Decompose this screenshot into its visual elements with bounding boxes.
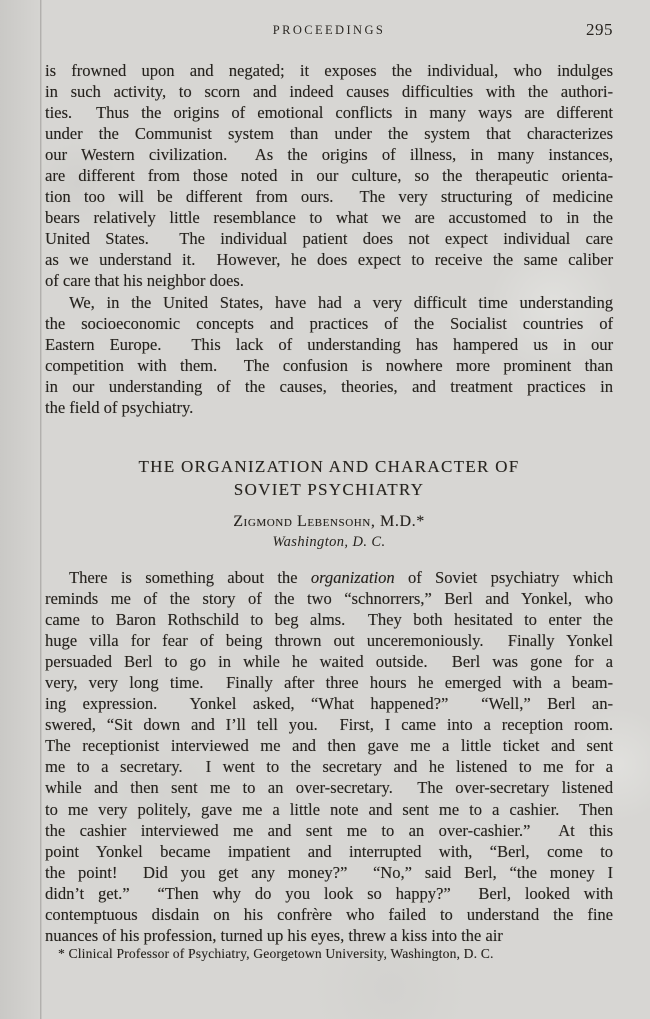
body-text-line: competition with them. The confusion is … — [45, 355, 613, 376]
page-number: 295 — [586, 20, 613, 40]
body-text-line: the cashier interviewed me and sent me t… — [45, 820, 613, 841]
body-text-line: as we understand it. However, he does ex… — [45, 249, 613, 270]
body-text-line: in such activity, to scorn and indeed ca… — [45, 81, 613, 102]
running-head: PROCEEDINGS 295 — [45, 23, 613, 43]
article-title: THE ORGANIZATION AND CHARACTER OF SOVIET… — [45, 455, 613, 501]
body-text-line: under the Communist system than under th… — [45, 123, 613, 144]
body-text-line: the point! Did you get any money?” “No,”… — [45, 862, 613, 883]
body-text-line: huge villa for fear of being thrown out … — [45, 630, 613, 651]
article-title-line2: SOVIET PSYCHIATRY — [45, 478, 613, 501]
body-text-line: point Yonkel became impatient and interr… — [45, 841, 613, 862]
body-text-line: There is something about the organizatio… — [45, 567, 613, 588]
body-text-line: ing expression. Yonkel asked, “What happ… — [45, 693, 613, 714]
article-body-column: There is something about the organizatio… — [45, 567, 613, 946]
footnote: * Clinical Professor of Psychiatry, Geor… — [45, 946, 613, 962]
body-text-line: came to Baron Rothschild to beg alms. Th… — [45, 609, 613, 630]
binding-crease-line — [40, 0, 42, 1019]
body-text-line: the socioeconomic concepts and practices… — [45, 313, 613, 334]
body-text-line: We, in the United States, have had a ver… — [45, 292, 613, 313]
body-text-line: to me very politely, gave me a little no… — [45, 799, 613, 820]
article-title-line1: THE ORGANIZATION AND CHARACTER OF — [45, 455, 613, 478]
body-text-line: is frowned upon and negated; it exposes … — [45, 60, 613, 81]
body-text-line: while and then sent me to an over-secret… — [45, 777, 613, 798]
body-text-line: didn’t get.” “Then why do you look so ha… — [45, 883, 613, 904]
article-author-location: Washington, D. C. — [45, 534, 613, 551]
body-text-line: contemptuous disdain on his confrère who… — [45, 904, 613, 925]
body-text-line: bears relatively little resemblance to w… — [45, 207, 613, 228]
body-text-line: The receptionist interviewed me and then… — [45, 735, 613, 756]
body-text-line: very, very long time. Finally after thre… — [45, 672, 613, 693]
running-title: PROCEEDINGS — [45, 23, 613, 38]
body-text-line: nuances of his profession, turned up his… — [45, 925, 613, 946]
body-text-line: Eastern Europe. This lack of understandi… — [45, 334, 613, 355]
body-text-line: swered, “Sit down and I’ll tell you. Fir… — [45, 714, 613, 735]
body-text-line: in our understanding of the causes, theo… — [45, 376, 613, 397]
body-text-line: are different from those noted in our cu… — [45, 165, 613, 186]
body-text-line: persuaded Berl to go in while he waited … — [45, 651, 613, 672]
body-text-line: of care that his neighbor does. — [45, 270, 613, 291]
body-text-line: reminds me of the story of the two “schn… — [45, 588, 613, 609]
body-text-line: United States. The individual patient do… — [45, 228, 613, 249]
body-text-line: our Western civilization. As the origins… — [45, 144, 613, 165]
body-text-line: ties. Thus the origins of emotional conf… — [45, 102, 613, 123]
body-text-line: me to a secretary. I went to the secreta… — [45, 756, 613, 777]
article-author: Zigmond Lebensohn, M.D.* — [45, 513, 613, 531]
intro-text-column: is frowned upon and negated; it exposes … — [45, 60, 613, 418]
body-text-line: the field of psychiatry. — [45, 397, 613, 418]
scanned-page: PROCEEDINGS 295 is frowned upon and nega… — [0, 0, 650, 1019]
left-margin-shade — [0, 0, 40, 1019]
body-text-line: tion too will be different from ours. Th… — [45, 186, 613, 207]
